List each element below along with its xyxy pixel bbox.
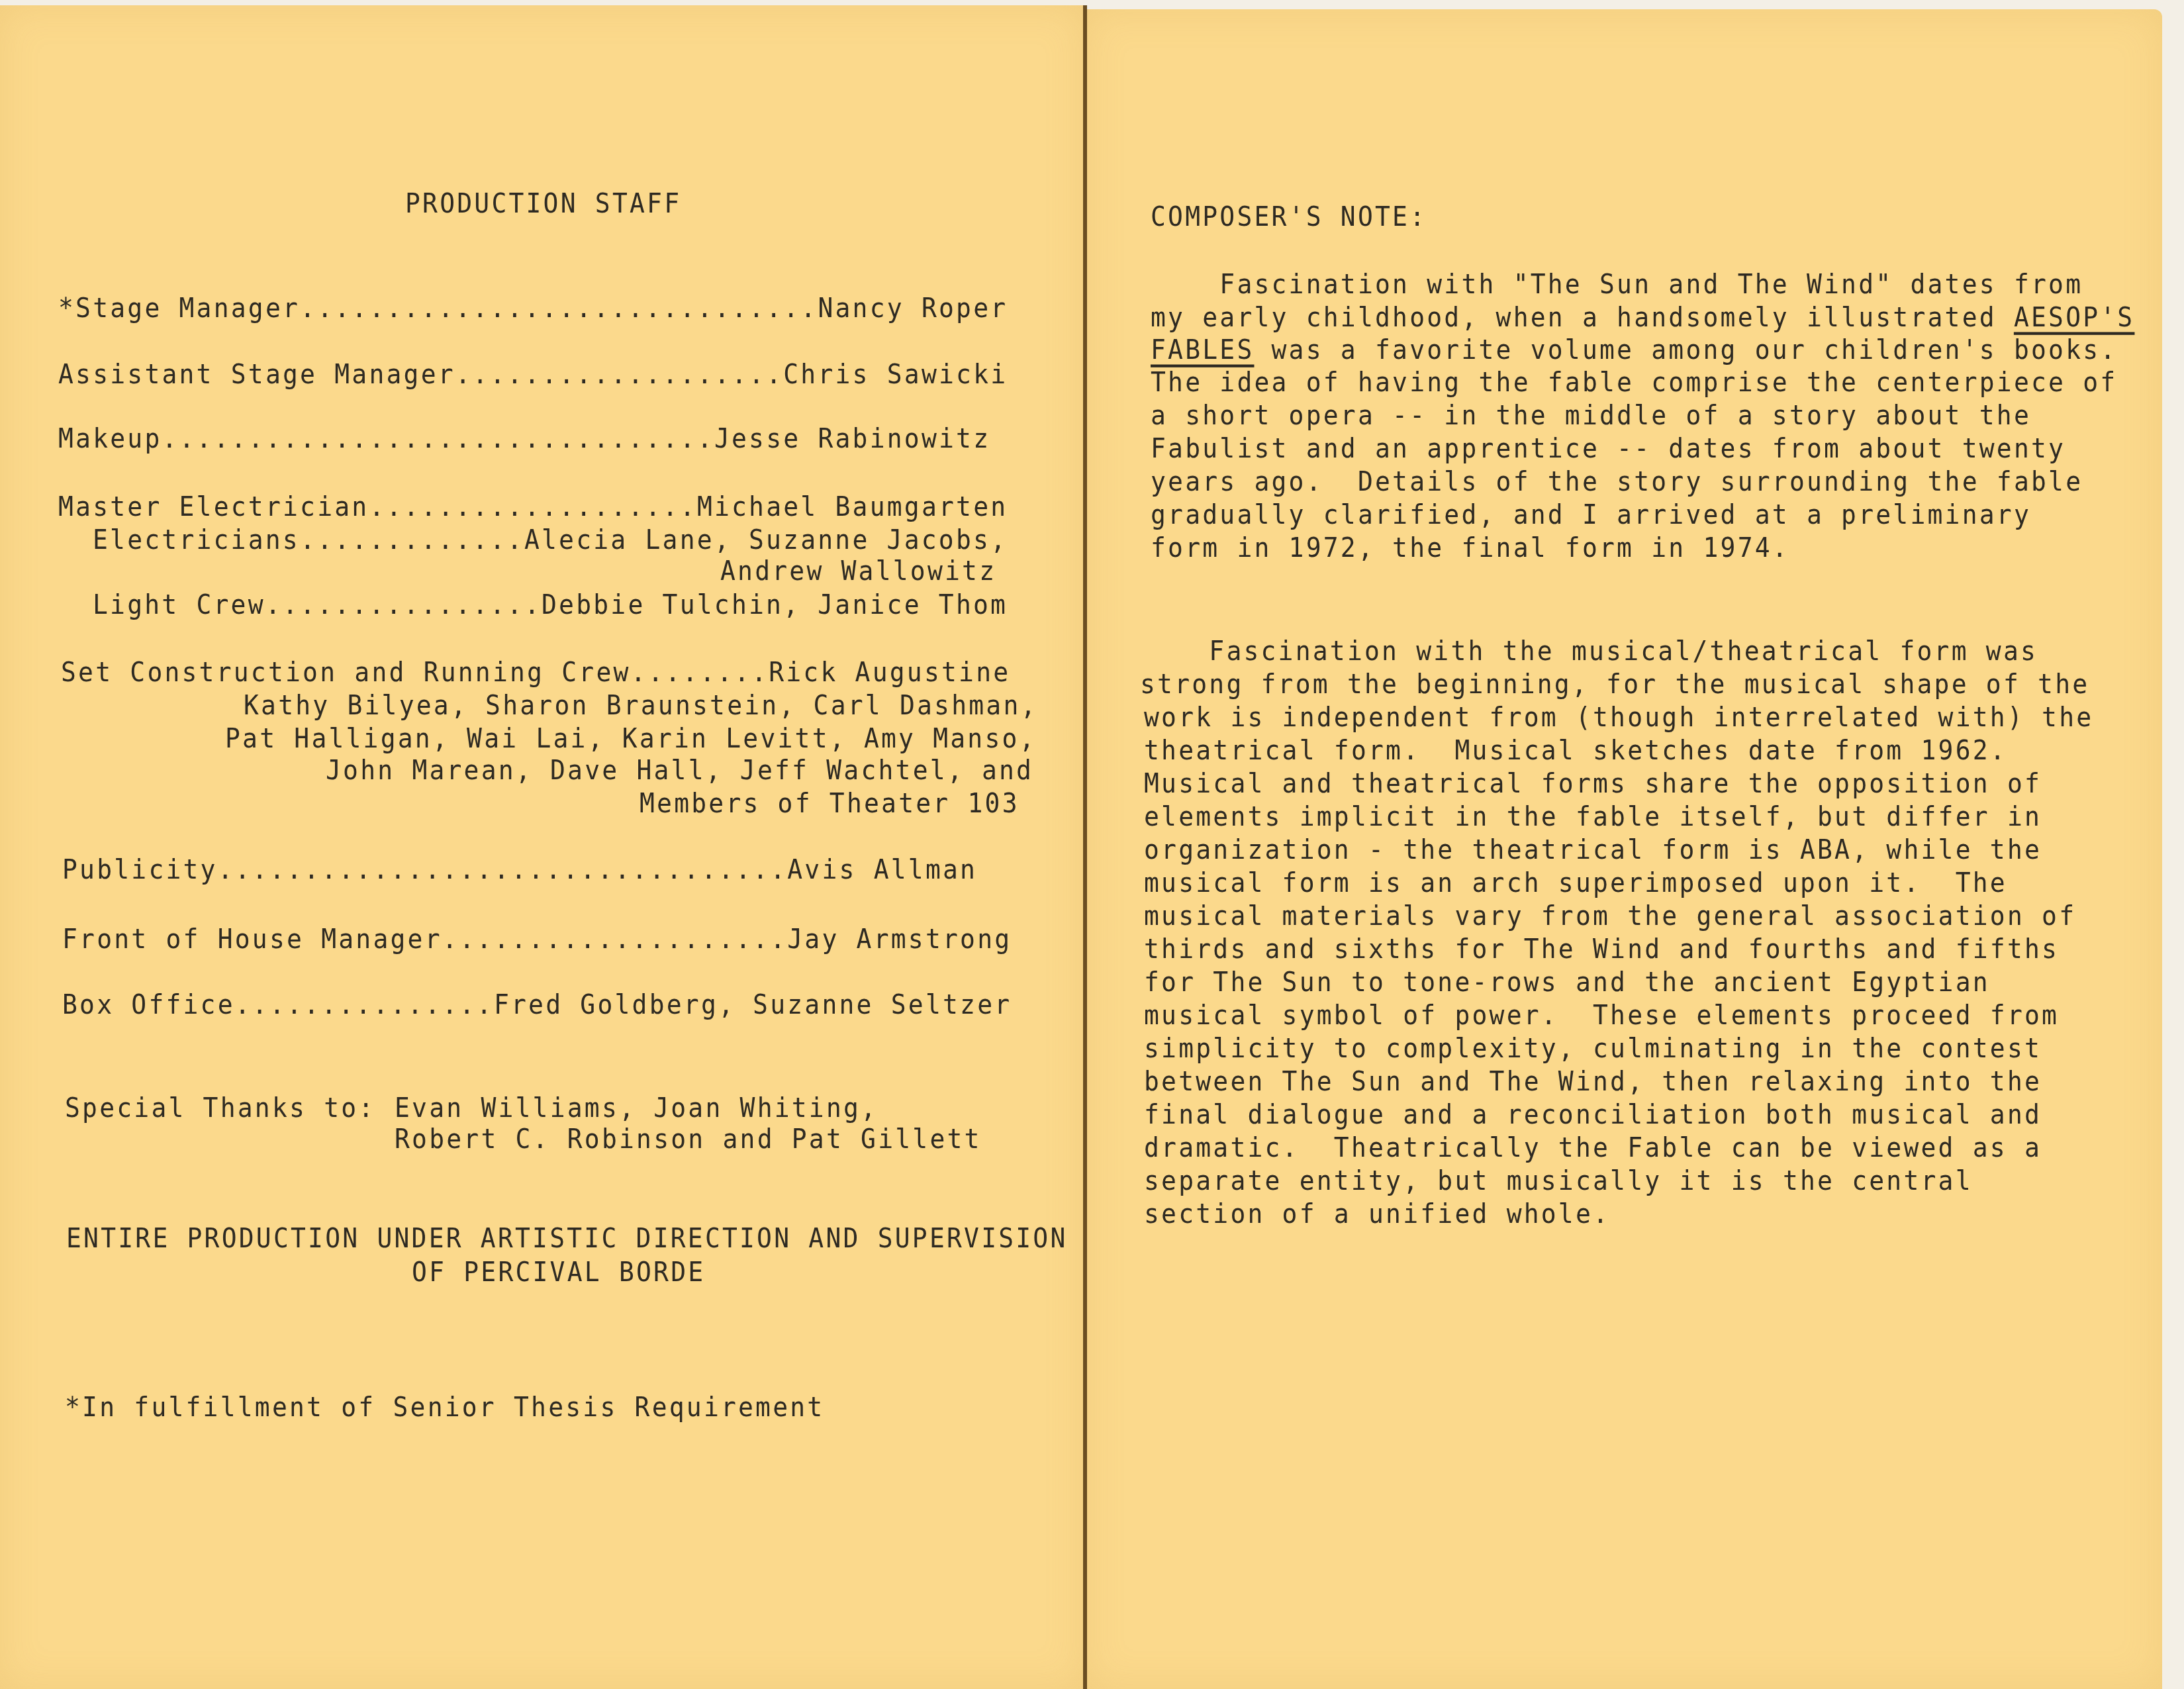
book-title-aesops: AESOP'S [2014, 301, 2135, 333]
p1-line: my early childhood, when a handsomely il… [1151, 301, 2134, 334]
credit-electricians-cont: Andrew Wallowitz [720, 554, 996, 587]
composers-note-heading: COMPOSER'S NOTE: [1151, 200, 1427, 233]
page-fold [1083, 5, 1087, 1689]
p2-line: dramatic. Theatrically the Fable can be … [1144, 1131, 2042, 1164]
credit-set-crew-1: Kathy Bilyea, Sharon Braunstein, Carl Da… [244, 689, 1038, 722]
p2-line: section of a unified whole. [1144, 1197, 1610, 1230]
p2-line: final dialogue and a reconciliation both… [1144, 1098, 2042, 1131]
p2-line: organization - the theatrical form is AB… [1144, 833, 2042, 866]
credit-assistant-stage-manager: Assistant Stage Manager.................… [58, 358, 1008, 391]
p1-line: Fabulist and an apprentice -- dates from… [1151, 432, 2065, 465]
p2-line: Fascination with the musical/theatrical … [1140, 634, 2038, 667]
special-thanks-line-2: Robert C. Robinson and Pat Gillett [395, 1122, 982, 1155]
credit-front-of-house: Front of House Manager..................… [62, 922, 1012, 955]
p2-line: musical form is an arch superimposed upo… [1144, 866, 2007, 899]
p2-line: work is independent from (though interre… [1144, 700, 2093, 734]
direction-line-2: OF PERCIVAL BORDE [412, 1255, 705, 1288]
credit-makeup: Makeup................................Je… [58, 422, 990, 455]
p1-line: a short opera -- in the middle of a stor… [1151, 399, 2031, 432]
p2-line: strong from the beginning, for the music… [1140, 667, 2089, 700]
credit-set-crew-3: John Marean, Dave Hall, Jeff Wachtel, an… [326, 753, 1033, 787]
special-thanks-label: Special Thanks to: [65, 1091, 375, 1124]
p2-line: between The Sun and The Wind, then relax… [1144, 1065, 2042, 1098]
credit-master-electrician: Master Electrician...................Mic… [58, 490, 1008, 523]
footnote: *In fulfillment of Senior Thesis Require… [65, 1390, 824, 1424]
p2-line: theatrical form. Musical sketches date f… [1144, 734, 2007, 767]
p2-line: thirds and sixths for The Wind and fourt… [1144, 932, 2059, 965]
left-page [0, 5, 1084, 1689]
production-staff-title: PRODUCTION STAFF [405, 187, 681, 220]
p1-line: gradually clarified, and I arrived at a … [1151, 498, 2031, 531]
p1-text: my early childhood, when a handsomely il… [1151, 301, 2014, 333]
p2-line: simplicity to complexity, culminating in… [1144, 1032, 2042, 1065]
p1-line: years ago. Details of the story surround… [1151, 465, 2083, 498]
credit-light-crew: Light Crew................Debbie Tulchin… [93, 588, 1008, 621]
p1-line: form in 1972, the final form in 1974. [1151, 531, 1789, 564]
p1-text: was a favorite volume among our children… [1254, 334, 2117, 365]
p2-line: musical symbol of power. These elements … [1144, 998, 2059, 1032]
p1-line: The idea of having the fable comprise th… [1151, 365, 2117, 399]
p2-line: elements implicit in the fable itself, b… [1144, 800, 2042, 833]
credit-electricians: Electricians.............Alecia Lane, Su… [93, 523, 1008, 556]
special-thanks-line-1: Evan Williams, Joan Whiting, [395, 1091, 878, 1124]
credit-box-office: Box Office...............Fred Goldberg, … [62, 988, 1012, 1021]
p1-line: FABLES was a favorite volume among our c… [1151, 333, 2117, 366]
credit-publicity: Publicity...............................… [62, 853, 977, 886]
direction-line-1: ENTIRE PRODUCTION UNDER ARTISTIC DIRECTI… [66, 1222, 1068, 1255]
credit-stage-manager: *Stage Manager..........................… [58, 291, 1008, 324]
p1-line: Fascination with "The Sun and The Wind" … [1151, 267, 2083, 301]
credit-set-construction: Set Construction and Running Crew.......… [61, 655, 1010, 689]
p2-line: Musical and theatrical forms share the o… [1144, 767, 2042, 800]
credit-set-crew-4: Members of Theater 103 [640, 787, 1020, 820]
p2-line: musical materials vary from the general … [1144, 899, 2076, 932]
credit-set-crew-2: Pat Halligan, Wai Lai, Karin Levitt, Amy… [225, 722, 1037, 755]
p2-line: separate entity, but musically it is the… [1144, 1164, 1973, 1197]
p2-line: for The Sun to tone-rows and the ancient… [1144, 965, 1990, 998]
book-title-fables: FABLES [1151, 334, 1254, 365]
